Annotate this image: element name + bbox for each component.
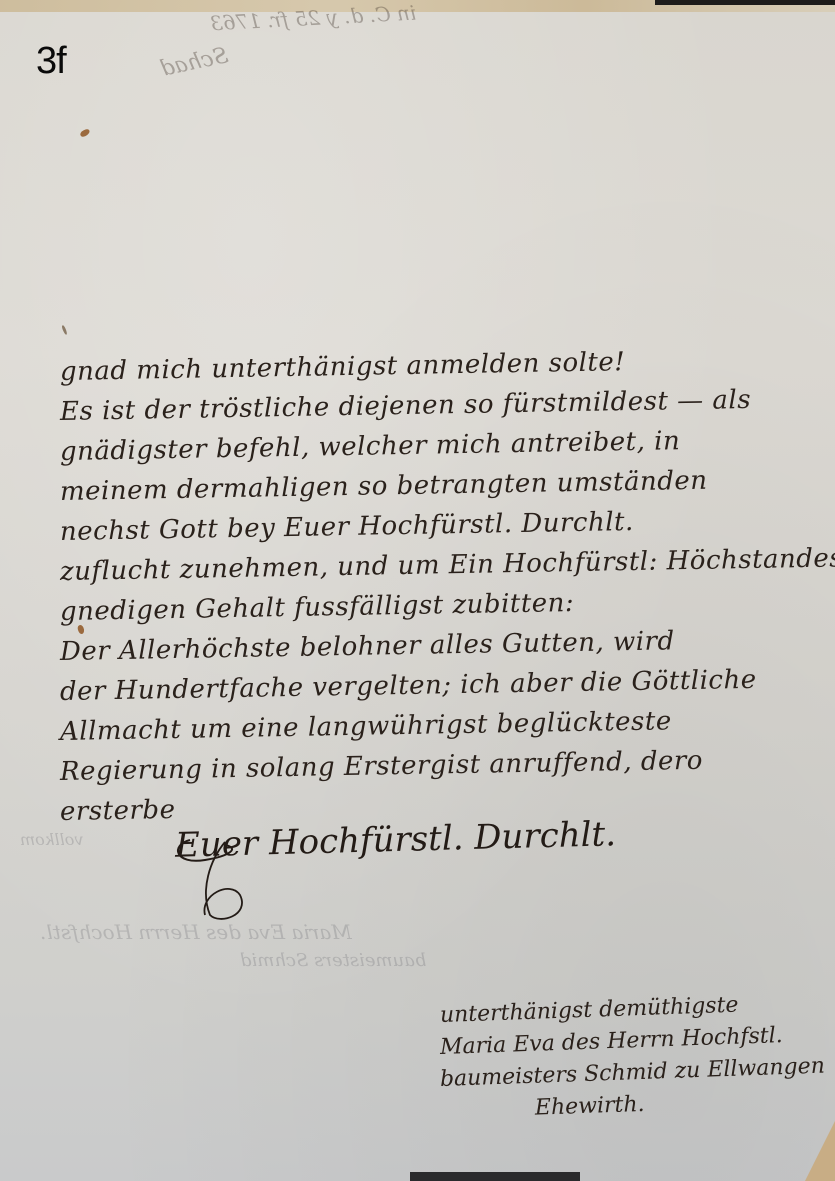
page-label: 3f: [36, 40, 66, 83]
ink-blot: [79, 128, 91, 138]
dark-edge-top: [655, 0, 835, 5]
bleed-through-text: baumeisters Schmid: [240, 950, 426, 971]
document-page: 3f in C. d. y 25 fr. 1763 Schad vollkom …: [0, 0, 835, 1181]
letter-body: gnad mich unterthänigst anmelden solte! …: [60, 352, 830, 832]
dark-edge-bottom: [410, 1172, 580, 1181]
bleed-through-text: vollkom: [20, 830, 83, 849]
mirrored-note-name: Schad: [158, 43, 230, 82]
paper-mark: [61, 325, 68, 335]
signature-block: unterthänigst demüthigste Maria Eva des …: [440, 1000, 835, 1128]
paper-corner: [805, 1121, 835, 1181]
